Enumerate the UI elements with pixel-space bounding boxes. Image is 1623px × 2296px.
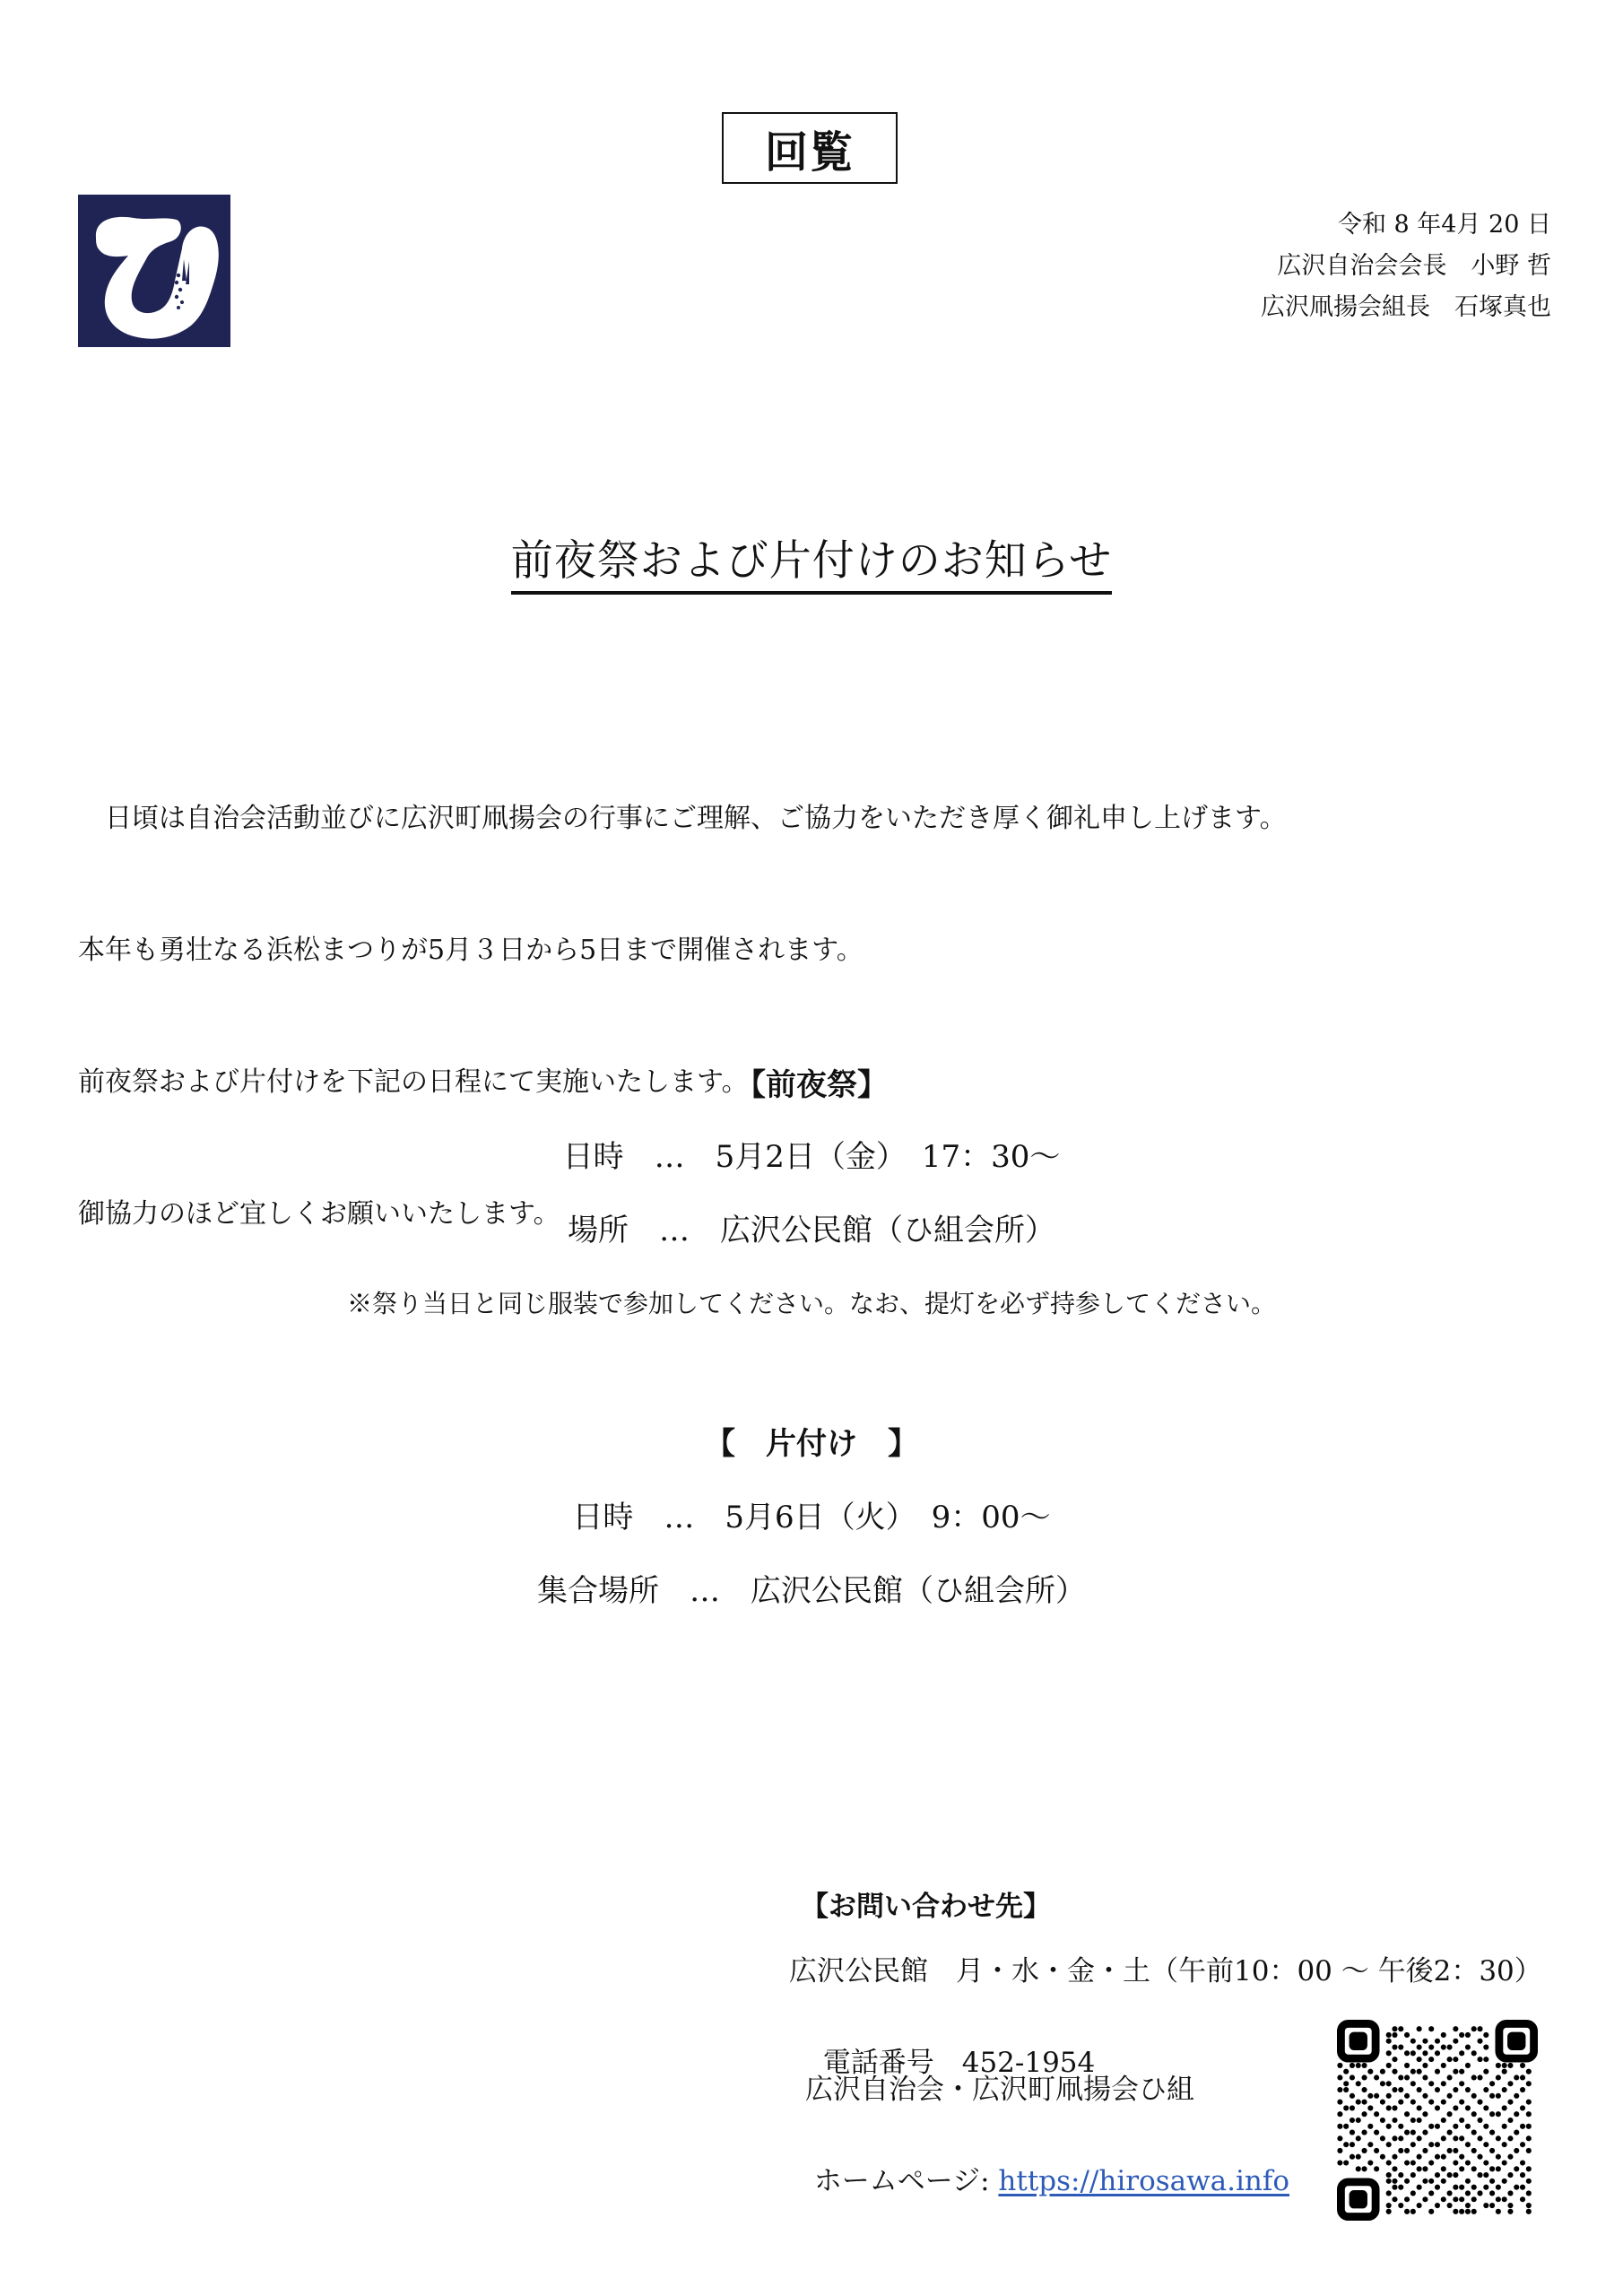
cleanup-place: 広沢公民館（ひ組会所）	[751, 1573, 1086, 1609]
greeting-paragraph: 日頃は自治会活動並びに広沢町凧揚会の行事にご理解、ご協力をいただき厚く御礼申し上…	[78, 709, 1287, 1280]
issue-date: 令和 8 年4月 20 日	[1261, 204, 1551, 246]
circulation-stamp-label: 回覧	[765, 117, 855, 179]
separator: …	[659, 1213, 690, 1248]
eve-festival-place: 広沢公民館（ひ組会所）	[720, 1213, 1055, 1248]
cleanup-section: 【 片付け 】	[0, 1419, 1623, 1463]
place-label: 集合場所	[537, 1573, 659, 1609]
attire-note: ※祭り当日と同じ服装で参加してください。なお、提灯を必ず持参してください。	[0, 1284, 1623, 1320]
datetime-label: 日時	[572, 1500, 633, 1535]
eve-festival-datetime-row: 日時 … 5月2日（金） 17：30～	[0, 1132, 1623, 1176]
body-line: 日頃は自治会活動並びに広沢町凧揚会の行事にご理解、ご協力をいただき厚く御礼申し上…	[78, 796, 1287, 840]
circulation-stamp: 回覧	[722, 112, 898, 184]
hi-group-logo-icon	[78, 195, 230, 347]
contact-heading: 【お問い合わせ先】	[801, 1883, 1051, 1924]
document-title: 前夜祭および片付けのお知らせ	[0, 527, 1623, 595]
signatory-chairman: 広沢自治会会長 小野 哲	[1261, 246, 1551, 287]
cleanup-place-row: 集合場所 … 広沢公民館（ひ組会所）	[0, 1566, 1623, 1610]
separator: …	[664, 1500, 694, 1535]
contact-homepage-row: ホームページ: https://hirosawa.info	[796, 2126, 1289, 2198]
contact-hours: 広沢公民館 月・水・金・土（午前10：00 ～ 午後2：30）	[789, 1948, 1542, 1988]
eve-festival-heading: 【前夜祭】	[0, 1060, 1623, 1104]
homepage-link[interactable]: https://hirosawa.info	[998, 2165, 1289, 2197]
datetime-label: 日時	[563, 1139, 624, 1175]
homepage-label: ホームページ:	[814, 2165, 990, 2197]
separator: …	[655, 1139, 685, 1175]
cleanup-heading: 【 片付け 】	[0, 1419, 1623, 1463]
eve-festival-datetime: 5月2日（金） 17：30～	[716, 1139, 1061, 1175]
separator: …	[690, 1573, 720, 1609]
place-label: 場所	[568, 1213, 629, 1248]
contact-organization: 広沢自治会・広沢町凧揚会ひ組	[805, 2066, 1194, 2107]
body-line: 本年も勇壮なる浜松まつりが5月３日から5日まで開催されます。	[78, 928, 1287, 972]
document-title-text: 前夜祭および片付けのお知らせ	[511, 527, 1113, 595]
cleanup-datetime: 5月6日（火） 9：00～	[725, 1500, 1050, 1535]
signatory-group-leader: 広沢凧揚会組長 石塚真也	[1261, 287, 1551, 328]
qr-code-icon	[1337, 2020, 1538, 2221]
eve-festival-section: 【前夜祭】	[0, 1060, 1623, 1104]
cleanup-datetime-row: 日時 … 5月6日（火） 9：00～	[0, 1492, 1623, 1536]
issue-info: 令和 8 年4月 20 日 広沢自治会会長 小野 哲 広沢凧揚会組長 石塚真也	[1261, 204, 1551, 328]
eve-festival-place-row: 場所 … 広沢公民館（ひ組会所）	[0, 1205, 1623, 1249]
